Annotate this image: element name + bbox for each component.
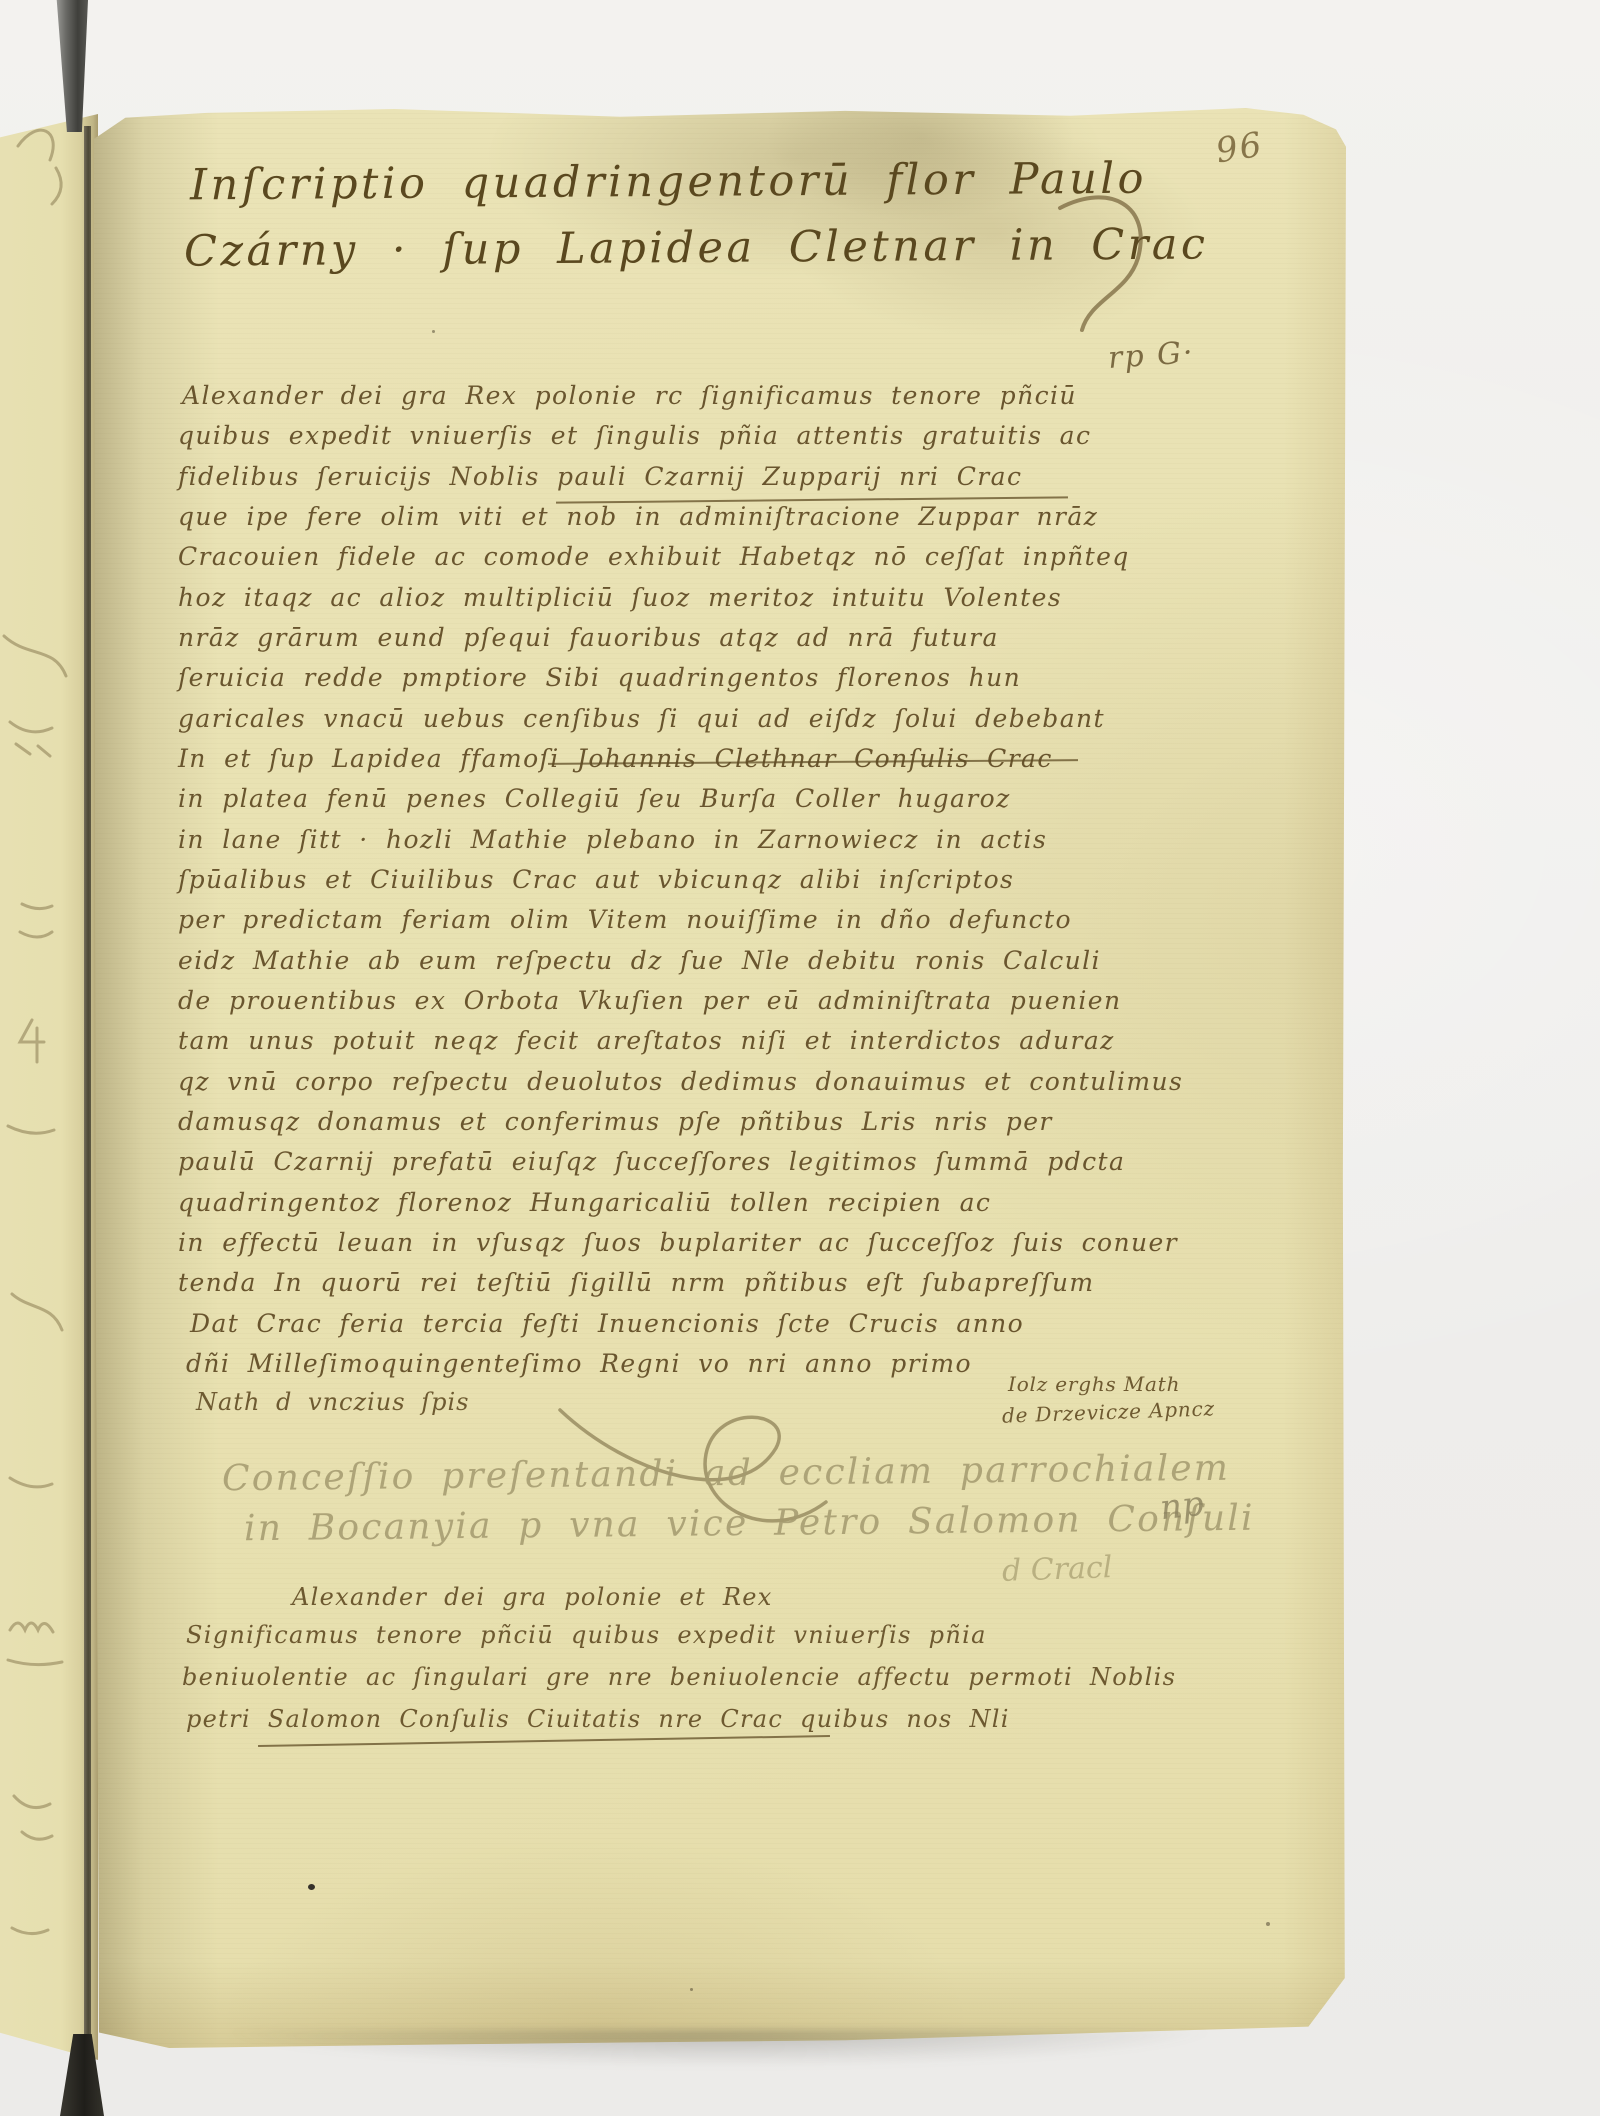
body-line: Dat Crac feria tercia feſti Inuencionis …	[190, 1304, 1024, 1344]
body-line: Alexander dei gra Rex polonie rc ſignifi…	[182, 376, 1077, 416]
body-line: quadringentoz florenoz Hungaricaliū toll…	[178, 1183, 991, 1223]
faded-note-crac: d Cracl	[1001, 1550, 1112, 1589]
body-line: damusqz donamus et conferimus pſe pñtibu…	[178, 1102, 1053, 1142]
body-line: paulū Czarnij prefatū eiuſqz ſucceſſores…	[178, 1142, 1125, 1182]
entry2-line: petri Salomon Conſulis Ciuitatis nre Cra…	[186, 1698, 1010, 1740]
body-line: in lane ſitt · hozli Mathie plebano in Z…	[178, 820, 1047, 860]
body-line: ſpūalibus et Ciuilibus Crac aut vbicunqz…	[178, 860, 1014, 900]
body-line: in platea fenū penes Collegiū ſeu Burſa …	[178, 779, 1011, 819]
body-line: que ipe fere olim viti et nob in adminiſ…	[178, 497, 1098, 537]
ink-dot	[308, 1884, 315, 1890]
page-bottom-shadow	[100, 2030, 1340, 2076]
paper-speck	[432, 330, 435, 333]
body-line: garicales vnacū uebus cenſibus ſi qui ad…	[178, 699, 1105, 739]
body-line: In et ſup Lapidea ffamoſi Johannis Cleth…	[178, 739, 1053, 779]
body-line: tam unus potuit neqz fecit areſtatos niſ…	[178, 1021, 1115, 1061]
book-clamp-rod	[84, 126, 91, 2042]
entry2-line: beniuolentie ac ſingulari gre nre beniuo…	[182, 1656, 1176, 1698]
paper-speck	[690, 1988, 693, 1991]
entry2-line: Alexander dei gra polonie et Rex	[292, 1576, 773, 1618]
body-line: quibus expedit vniuerſis et ſingulis pñi…	[178, 416, 1091, 456]
body-line: tenda In quorū rei teſtiū ſigillū nrm pñ…	[178, 1263, 1095, 1303]
body-line: eidz Mathie ab eum reſpectu dz ſue Nle d…	[178, 941, 1101, 981]
body-line: in effectū leuan in vſusqz ſuos buplarit…	[178, 1223, 1178, 1263]
entry2-line: Significamus tenore pñciū quibus expedit…	[186, 1614, 987, 1656]
body-line: nrāz grārum eund pſequi fauoribus atqz a…	[178, 618, 999, 658]
body-line: fidelibus ſeruicijs Noblis pauli Czarnij…	[178, 457, 1022, 497]
body-line: qz vnū corpo reſpectu deuolutos dedimus …	[178, 1062, 1183, 1102]
paper-speck	[1266, 1922, 1270, 1926]
body-line: de prouentibus ex Orbota Vkuſien per eū …	[178, 981, 1122, 1021]
body-line: Cracouien fidele ac comode exhibuit Habe…	[178, 537, 1130, 577]
photograph-backdrop: 96 Inſcriptio quadringentorū flor Paulo …	[0, 0, 1600, 2116]
body-line: per predictam feriam olim Vitem nouiſſim…	[178, 900, 1072, 940]
relation-line: Nath d vnczius ſpis	[196, 1388, 469, 1416]
signature-line-1: Iolz erghs Math	[1008, 1372, 1180, 1396]
entry-heading-line-1: Inſcriptio quadringentorū flor Paulo	[190, 153, 1147, 212]
body-line: ſeruicia redde pmptiore Sibi quadringent…	[178, 658, 1021, 698]
folio-number: 96	[1213, 125, 1266, 172]
margin-note-mid-right: np	[1158, 1484, 1206, 1528]
margin-note-top-right: rp G·	[1107, 335, 1196, 376]
body-line: dñi Milleſimoquingenteſimo Regni vo nri …	[186, 1344, 972, 1384]
body-line: hoz itaqz ac alioz multipliciū ſuoz meri…	[178, 578, 1062, 618]
